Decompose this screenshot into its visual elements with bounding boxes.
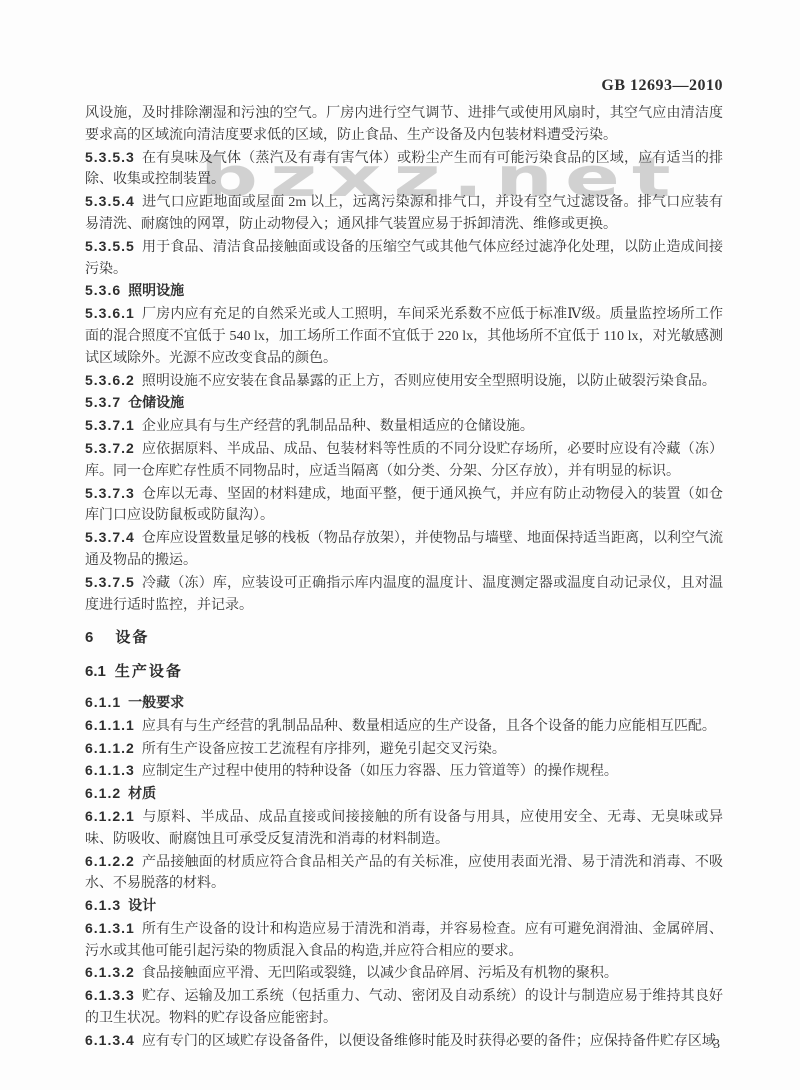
- clause-number: 6.1.3.3: [85, 987, 135, 1003]
- paragraph-text: 仓储设施: [128, 394, 184, 410]
- clause-number: 5.3.6.2: [85, 372, 135, 388]
- clause-number: 6.1.2.2: [85, 853, 135, 869]
- paragraph: 6.1.1.1应具有与生产经营的乳制品品种、数量相适应的生产设备，且各个设备的能…: [85, 715, 723, 738]
- paragraph-text: 食品接触面应平滑、无凹陷或裂缝，以减少食品碎屑、污垢及有机物的聚积。: [142, 966, 618, 981]
- clause-number: 5.3.7.4: [85, 529, 135, 545]
- paragraph-text: 所有生产设备应按工艺流程有序排列，避免引起交叉污染。: [142, 742, 506, 757]
- paragraph: 风设施，及时排除潮湿和污浊的空气。厂房内进行空气调节、进排气或使用风扇时，其空气…: [85, 103, 723, 147]
- paragraph: 5.3.7.1企业应具有与生产经营的乳制品品种、数量相适应的仓储设施。: [85, 415, 723, 438]
- paragraph-text: 应制定生产过程中使用的特种设备（如压力容器、压力管道等）的操作规程。: [142, 764, 618, 779]
- paragraph: 5.3.7.5冷藏（冻）库，应装设可正确指示库内温度的温度计、温度测定器或温度自…: [85, 572, 723, 617]
- clause-number: 5.3.7.5: [85, 574, 135, 590]
- clause-number: 5.3.5.5: [85, 238, 135, 254]
- paragraph: 6.1.1.2所有生产设备应按工艺流程有序排列，避免引起交叉污染。: [85, 738, 723, 761]
- paragraph-text: 照明设施不应安装在食品暴露的正上方，否则应使用安全型照明设施，以防止破裂污染食品…: [142, 374, 716, 389]
- clause-heading: 6.1.1一般要求: [85, 692, 723, 715]
- paragraph: 6.1.2.1与原料、半成品、成品直接或间接接触的所有设备与用具，应使用安全、无…: [85, 806, 723, 851]
- clause-heading: 5.3.6照明设施: [85, 280, 723, 303]
- paragraph: 6.1.2.2产品接触面的材质应符合食品相关产品的有关标准，应使用表面光滑、易于…: [85, 851, 723, 896]
- clause-number: 6.1.1.3: [85, 762, 135, 778]
- paragraph-text: 与原料、半成品、成品直接或间接接触的所有设备与用具，应使用安全、无毒、无臭味或异…: [85, 810, 723, 847]
- paragraph: 6.1.3.2食品接触面应平滑、无凹陷或裂缝，以减少食品碎屑、污垢及有机物的聚积…: [85, 962, 723, 985]
- clause-number: 6.1.1.2: [85, 740, 135, 756]
- clause-number: 6.1.3.4: [85, 1032, 135, 1048]
- paragraph-text: 应具有与生产经营的乳制品品种、数量相适应的生产设备，且各个设备的能力应能相互匹配…: [142, 719, 716, 734]
- page-number: 3: [713, 1037, 720, 1053]
- clause-number: 5.3.7.3: [85, 485, 135, 501]
- clause-number: 5.3.5.3: [85, 149, 135, 165]
- standard-code-header: GB 12693—2010: [601, 77, 723, 95]
- paragraph-text: 产品接触面的材质应符合食品相关产品的有关标准，应使用表面光滑、易于清洗和消毒、不…: [85, 855, 723, 892]
- paragraph-text: 用于食品、清洁食品接触面或设备的压缩空气或其他气体应经过滤净化处理，以防止造成间…: [85, 240, 723, 277]
- paragraph-text: 贮存、运输及加工系统（包括重力、气动、密闭及自动系统）的设计与制造应易于维持其良…: [85, 989, 723, 1026]
- clause-number: 5.3.5.4: [85, 193, 135, 209]
- paragraph-text: 企业应具有与生产经营的乳制品品种、数量相适应的仓储设施。: [142, 419, 534, 434]
- paragraph-text: 应依据原料、半成品、成品、包装材料等性质的不同分设贮存场所，必要时应设有冷藏（冻…: [85, 442, 723, 479]
- paragraph-text: 风设施，及时排除潮湿和污浊的空气。厂房内进行空气调节、进排气或使用风扇时，其空气…: [85, 106, 723, 143]
- document-body: 风设施，及时排除潮湿和污浊的空气。厂房内进行空气调节、进排气或使用风扇时，其空气…: [85, 103, 723, 1053]
- paragraph-text: 在有臭味及气体（蒸汽及有毒有害气体）或粉尘产生而有可能污染食品的区域，应有适当的…: [85, 151, 723, 188]
- paragraph: 6.1.1.3应制定生产过程中使用的特种设备（如压力容器、压力管道等）的操作规程…: [85, 760, 723, 783]
- clause-number: 6.1.2.1: [85, 808, 135, 824]
- paragraph: 5.3.6.2照明设施不应安装在食品暴露的正上方，否则应使用安全型照明设施，以防…: [85, 370, 723, 393]
- section-heading: 6.1生产设备: [85, 661, 723, 683]
- clause-number: 5.3.7.2: [85, 440, 135, 456]
- document-page: bzxz.net GB 12693—2010 风设施，及时排除潮湿和污浊的空气。…: [0, 0, 800, 1090]
- clause-number: 6: [85, 629, 93, 646]
- paragraph-text: 设计: [128, 897, 156, 913]
- paragraph: 6.1.3.3贮存、运输及加工系统（包括重力、气动、密闭及自动系统）的设计与制造…: [85, 985, 723, 1030]
- clause-number: 6.1.1.1: [85, 717, 135, 733]
- clause-number: 6.1.3.2: [85, 964, 135, 980]
- paragraph: 5.3.6.1厂房内应有充足的自然采光或人工照明，车间采光系数不应低于标准Ⅳ级。…: [85, 303, 723, 369]
- paragraph: 5.3.5.3在有臭味及气体（蒸汽及有毒有害气体）或粉尘产生而有可能污染食品的区…: [85, 147, 723, 192]
- paragraph-text: 照明设施: [128, 282, 184, 298]
- clause-number: 6.1: [85, 663, 106, 680]
- paragraph-text: 一般要求: [128, 694, 184, 710]
- paragraph-text: 厂房内应有充足的自然采光或人工照明，车间采光系数不应低于标准Ⅳ级。质量监控场所工…: [85, 307, 723, 366]
- paragraph: 6.1.3.1所有生产设备的设计和构造应易于清洗和消毒，并容易检查。应有可避免润…: [85, 918, 723, 963]
- clause-number: 6.1.3: [85, 897, 121, 913]
- paragraph-text: 仓库以无毒、坚固的材料建成，地面平整，便于通风换气，并应有防止动物侵入的装置（如…: [85, 487, 723, 524]
- paragraph: 5.3.7.4仓库应设置数量足够的栈板（物品存放架），并使物品与墙壁、地面保持适…: [85, 527, 723, 572]
- section-heading: 6设备: [85, 627, 723, 649]
- paragraph-text: 材质: [128, 785, 156, 801]
- clause-number: 6.1.1: [85, 694, 121, 710]
- clause-number: 6.1.2: [85, 785, 121, 801]
- paragraph-text: 应有专门的区域贮存设备备件，以便设备维修时能及时获得必要的备件；应保持备件贮存区…: [142, 1034, 716, 1049]
- paragraph: 5.3.7.2应依据原料、半成品、成品、包装材料等性质的不同分设贮存场所，必要时…: [85, 438, 723, 483]
- paragraph: 6.1.3.4应有专门的区域贮存设备备件，以便设备维修时能及时获得必要的备件；应…: [85, 1030, 723, 1053]
- clause-heading: 6.1.2材质: [85, 783, 723, 806]
- clause-number: 5.3.6: [85, 282, 121, 298]
- clause-number: 6.1.3.1: [85, 920, 135, 936]
- paragraph-text: 冷藏（冻）库，应装设可正确指示库内温度的温度计、温度测定器或温度自动记录仪，且对…: [85, 576, 723, 613]
- paragraph: 5.3.7.3仓库以无毒、坚固的材料建成，地面平整，便于通风换气，并应有防止动物…: [85, 483, 723, 528]
- paragraph: 5.3.5.5用于食品、清洁食品接触面或设备的压缩空气或其他气体应经过滤净化处理…: [85, 236, 723, 281]
- clause-heading: 6.1.3设计: [85, 895, 723, 918]
- clause-number: 5.3.6.1: [85, 305, 135, 321]
- paragraph: 5.3.5.4进气口应距地面或屋面 2m 以上，远离污染源和排气口，并设有空气过…: [85, 191, 723, 236]
- clause-number: 5.3.7.1: [85, 417, 135, 433]
- paragraph-text: 仓库应设置数量足够的栈板（物品存放架），并使物品与墙壁、地面保持适当距离，以利空…: [85, 531, 723, 568]
- clause-number: 5.3.7: [85, 394, 121, 410]
- paragraph-text: 生产设备: [115, 663, 183, 680]
- clause-heading: 5.3.7仓储设施: [85, 392, 723, 415]
- paragraph-text: 进气口应距地面或屋面 2m 以上，远离污染源和排气口，并设有空气过滤设备。排气口…: [85, 195, 723, 232]
- paragraph-text: 设备: [115, 629, 149, 646]
- paragraph-text: 所有生产设备的设计和构造应易于清洗和消毒，并容易检查。应有可避免润滑油、金属碎屑…: [85, 922, 723, 959]
